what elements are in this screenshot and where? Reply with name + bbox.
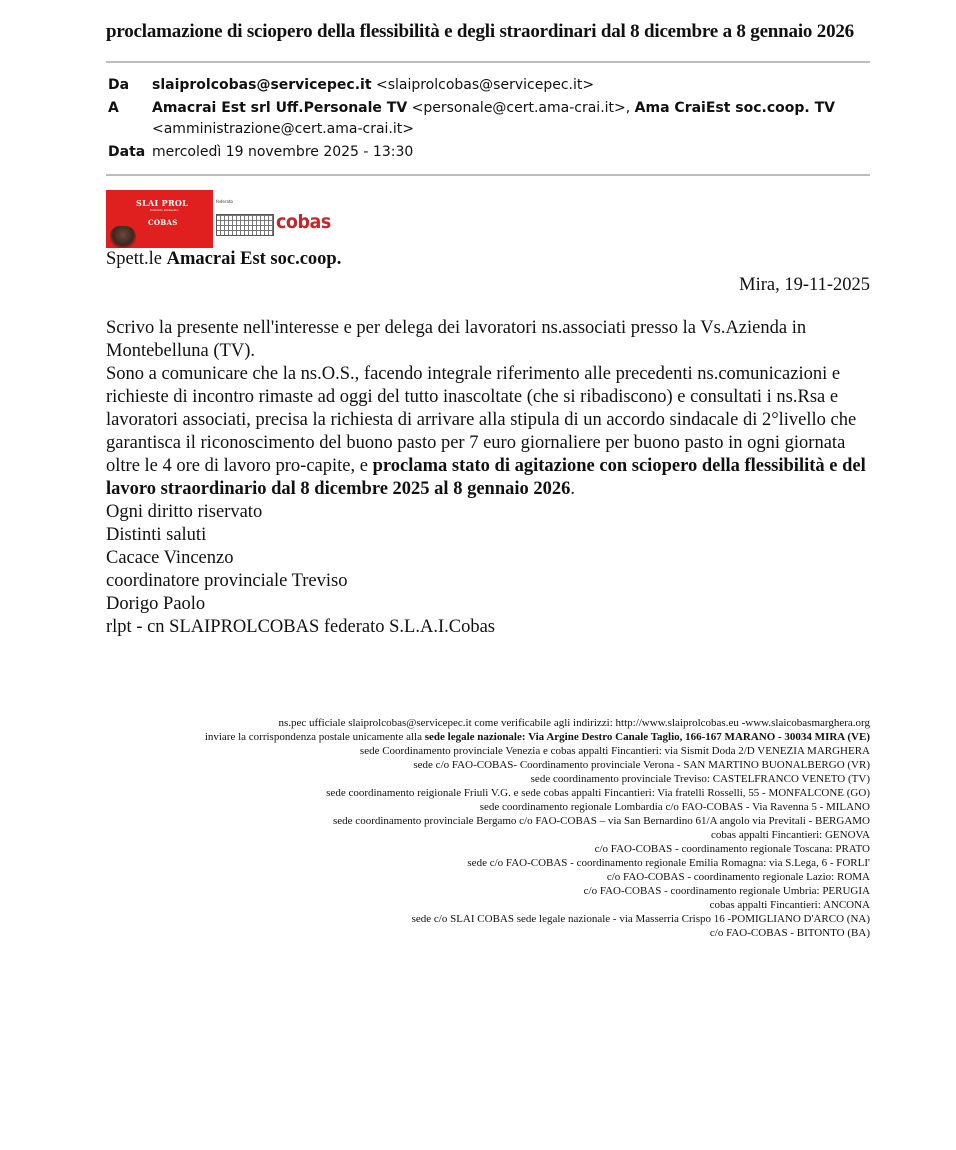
signatory-role: coordinatore provinciale Treviso xyxy=(106,570,870,593)
logo-red-block: SLAI PROL federato sindacato COBAS xyxy=(106,190,213,248)
email-subject: proclamazione di sciopero della flessibi… xyxy=(106,20,870,43)
footer-office-line: cobas appalti Fincantieri: ANCONA xyxy=(106,898,870,912)
footer-office-line: sede coordinamento reigionale Friuli V.G… xyxy=(106,786,870,800)
logo-cobas-word: cobas xyxy=(276,211,331,233)
slai-prol-cobas-logo-icon: SLAI PROL federato sindacato COBAS feder… xyxy=(106,190,346,250)
from-name[interactable]: slaiprolcobas@servicepec.it xyxy=(152,77,372,93)
footer-legal-address-bold: sede legale nazionale: Via Argine Destro… xyxy=(425,731,870,743)
logo-federato-text: federato xyxy=(216,199,233,204)
to-value: Amacrai Est srl Uff.Personale TV <person… xyxy=(152,98,870,140)
logo-text-small: federato sindacato xyxy=(150,208,178,212)
letter-text: Scrivo la presente nell'interesse e per … xyxy=(106,317,870,639)
to-label: A xyxy=(106,98,152,119)
letterhead-footer: ns.pec ufficiale slaiprolcobas@servicepe… xyxy=(106,716,870,940)
to-row: A Amacrai Est srl Uff.Personale TV <pers… xyxy=(106,98,870,140)
date-row: Data mercoledì 19 novembre 2025 - 13:30 xyxy=(106,142,870,163)
from-label: Da xyxy=(106,75,152,96)
paragraph-2: Sono a comunicare che la ns.O.S., facend… xyxy=(106,363,870,501)
closing-line: Distinti saluti xyxy=(106,524,870,547)
fist-icon xyxy=(110,226,136,248)
salutation-prefix: Spett.le xyxy=(106,249,167,269)
to-recipient-name[interactable]: Ama CraiEst soc.coop. TV xyxy=(635,100,835,116)
logo-text-bottom: COBAS xyxy=(148,218,178,227)
from-address[interactable]: <slaiprolcobas@servicepec.it> xyxy=(376,77,594,93)
to-recipient-address[interactable]: <personale@cert.ama-crai.it> xyxy=(412,100,626,116)
signatory-name: Dorigo Paolo xyxy=(106,593,870,616)
from-row: Da slaiprolcobas@servicepec.it <slaiprol… xyxy=(106,75,870,96)
signatory-role: rlpt - cn SLAIPROLCOBAS federato S.L.A.I… xyxy=(106,616,870,639)
footer-office-list: sede Coordinamento provinciale Venezia e… xyxy=(106,744,870,940)
footer-legal-address: inviare la corrispondenza postale unicam… xyxy=(106,730,870,744)
salutation: Spett.le Amacrai Est soc.coop. xyxy=(106,248,870,271)
email-page: proclamazione di sciopero della flessibi… xyxy=(106,20,870,639)
closing-line: Ogni diritto riservato xyxy=(106,501,870,524)
from-value: slaiprolcobas@servicepec.it <slaiprolcob… xyxy=(152,75,870,96)
footer-office-line: sede Coordinamento provinciale Venezia e… xyxy=(106,744,870,758)
footer-legal-prefix: inviare la corrispondenza postale unicam… xyxy=(205,731,425,743)
to-recipient-address[interactable]: <amministrazione@cert.ama-crai.it> xyxy=(152,121,414,137)
paragraph-2-end: . xyxy=(570,479,575,499)
slai-wordmark-icon xyxy=(216,214,274,236)
to-recipient-name[interactable]: Amacrai Est srl Uff.Personale TV xyxy=(152,100,407,116)
signatory-name: Cacace Vincenzo xyxy=(106,547,870,570)
place-date: Mira, 19-11-2025 xyxy=(106,274,870,297)
logo-text-top: SLAI PROL xyxy=(136,198,188,208)
footer-office-line: sede c/o FAO-COBAS - coordinamento regio… xyxy=(106,856,870,870)
paragraph-1: Scrivo la presente nell'interesse e per … xyxy=(106,317,870,363)
date-label: Data xyxy=(106,142,152,163)
email-headers: Da slaiprolcobas@servicepec.it <slaiprol… xyxy=(106,75,870,163)
footer-office-line: sede coordinamento regionale Lombardia c… xyxy=(106,800,870,814)
footer-office-line: sede coordinamento provinciale Bergamo c… xyxy=(106,814,870,828)
header-divider-bottom xyxy=(106,174,870,176)
header-divider-top xyxy=(106,61,870,63)
footer-office-line: c/o FAO-COBAS - coordinamento regionale … xyxy=(106,884,870,898)
footer-office-line: cobas appalti Fincantieri: GENOVA xyxy=(106,828,870,842)
letter-body: Spett.le Amacrai Est soc.coop. Mira, 19-… xyxy=(106,248,870,639)
date-value: mercoledì 19 novembre 2025 - 13:30 xyxy=(152,142,870,163)
salutation-recipient: Amacrai Est soc.coop. xyxy=(167,249,342,269)
footer-office-line: c/o FAO-COBAS - coordinamento regionale … xyxy=(106,870,870,884)
footer-office-line: c/o FAO-COBAS - BITONTO (BA) xyxy=(106,926,870,940)
footer-office-line: sede c/o SLAI COBAS sede legale nazional… xyxy=(106,912,870,926)
recipient-separator: , xyxy=(626,100,635,116)
footer-office-line: c/o FAO-COBAS - coordinamento regionale … xyxy=(106,842,870,856)
footer-office-line: sede coordinamento provinciale Treviso: … xyxy=(106,772,870,786)
footer-office-line: sede c/o FAO-COBAS- Coordinamento provin… xyxy=(106,758,870,772)
footer-pec-line: ns.pec ufficiale slaiprolcobas@servicepe… xyxy=(106,716,870,730)
